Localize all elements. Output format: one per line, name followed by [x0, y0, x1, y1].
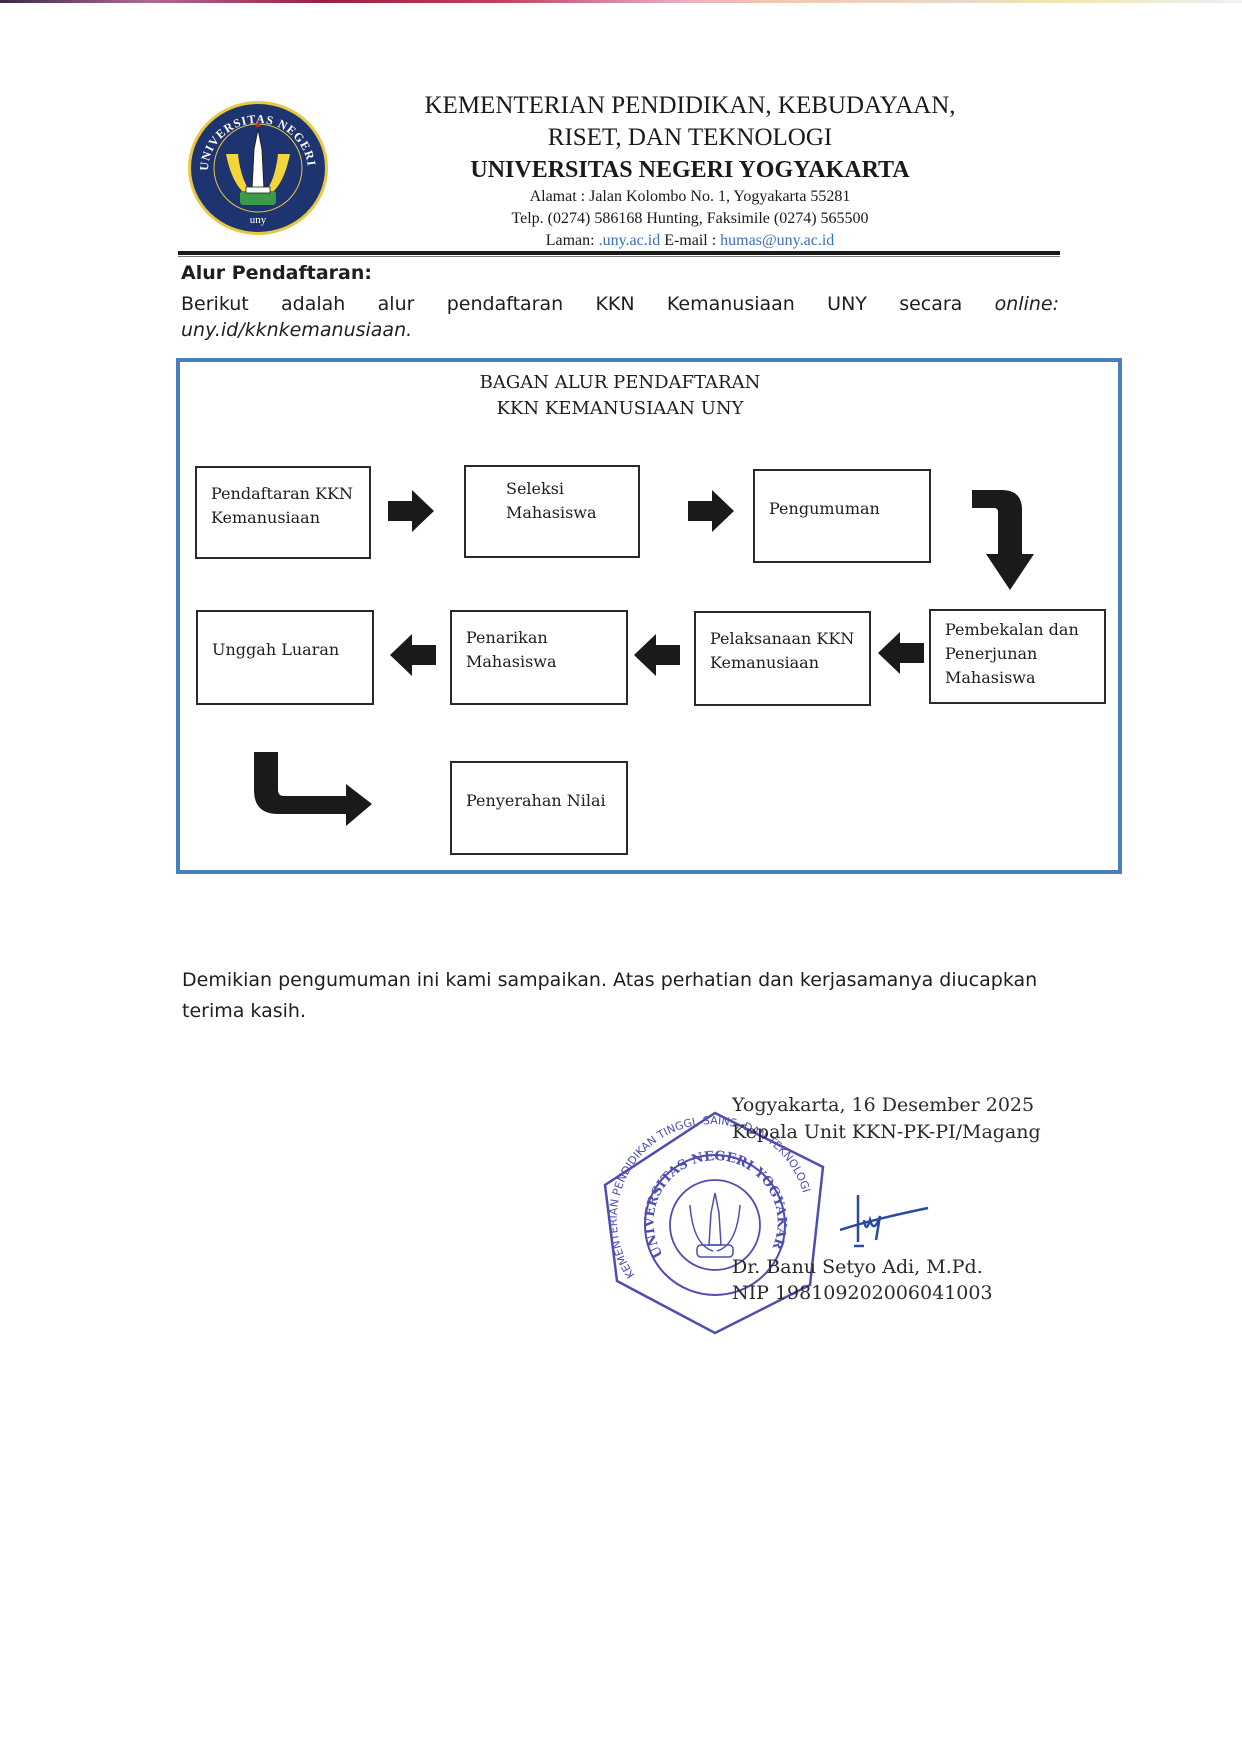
- signatory-name: Dr. Banu Setyo Adi, M.Pd.: [732, 1254, 983, 1281]
- website-label: Laman:: [546, 232, 599, 249]
- flowchart-title: BAGAN ALUR PENDAFTARAN KKN KEMANUSIAAN U…: [400, 370, 840, 422]
- section-title: Alur Pendaftaran:: [181, 262, 372, 284]
- letterhead-divider: [178, 251, 1060, 255]
- step-label: Pembekalan dan: [945, 618, 1090, 642]
- step-label: Kemanusiaan: [710, 651, 855, 675]
- scan-edge-strip: [0, 0, 1242, 3]
- step-pengumuman: Pengumuman: [753, 469, 931, 563]
- ministry-name-line1: KEMENTERIAN PENDIDIKAN, KEBUDAYAAN,: [370, 90, 1010, 122]
- step-label: Mahasiswa: [945, 666, 1090, 690]
- arrow-right-icon: [388, 490, 434, 532]
- signatory-position: Kepala Unit KKN-PK-PI/Magang: [732, 1119, 1041, 1146]
- step-label: Penarikan: [466, 626, 612, 650]
- step-label: Pendaftaran KKN: [211, 482, 355, 506]
- registration-link[interactable]: uny.id/kknkemanusiaan.: [181, 319, 412, 341]
- phone-fax: Telp. (0274) 586168 Hunting, Faksimile (…: [370, 208, 1010, 230]
- flowchart-title-line2: KKN KEMANUSIAAN UNY: [400, 396, 840, 422]
- address: Alamat : Jalan Kolombo No. 1, Yogyakarta…: [370, 186, 1010, 208]
- step-pembekalan-penerjunan: Pembekalan dan Penerjunan Mahasiswa: [929, 609, 1106, 704]
- step-label: Penyerahan Nilai: [466, 789, 612, 813]
- intro-text: Berikut adalah alur pendaftaran KKN Kema…: [181, 290, 1059, 319]
- signatory-nip: NIP 198109202006041003: [732, 1280, 993, 1307]
- letterhead: KEMENTERIAN PENDIDIKAN, KEBUDAYAAN, RISE…: [370, 90, 1010, 252]
- intro-italic: online:: [995, 293, 1059, 315]
- svg-text:uny: uny: [250, 214, 267, 226]
- step-label: Penerjunan: [945, 642, 1090, 666]
- step-label: Seleksi: [506, 477, 624, 501]
- step-seleksi-mahasiswa: Seleksi Mahasiswa: [464, 465, 640, 558]
- ministry-name-line2: RISET, DAN TEKNOLOGI: [370, 122, 1010, 154]
- letterhead-divider-thin: [178, 256, 1060, 257]
- step-unggah-luaran: Unggah Luaran: [196, 610, 374, 705]
- arrow-left-icon: [634, 634, 680, 676]
- closing-text: Demikian pengumuman ini kami sampaikan. …: [182, 965, 1062, 1027]
- place-date: Yogyakarta, 16 Desember 2025: [732, 1092, 1034, 1119]
- flowchart-title-line1: BAGAN ALUR PENDAFTARAN: [400, 370, 840, 396]
- step-penarikan-mahasiswa: Penarikan Mahasiswa: [450, 610, 628, 705]
- step-pendaftaran-kkn: Pendaftaran KKN Kemanusiaan: [195, 466, 371, 559]
- intro-plain: Berikut adalah alur pendaftaran KKN Kema…: [181, 293, 995, 315]
- step-label: Mahasiswa: [506, 501, 624, 525]
- arrow-left-icon: [390, 634, 436, 676]
- step-label: Kemanusiaan: [211, 506, 355, 530]
- step-label: Unggah Luaran: [212, 638, 358, 662]
- arrow-right-icon: [688, 490, 734, 532]
- step-label: Pengumuman: [769, 497, 915, 521]
- website-link[interactable]: .uny.ac.id: [599, 232, 661, 249]
- email-link[interactable]: humas@uny.ac.id: [720, 232, 834, 249]
- university-logo-icon: UNIVERSITAS NEGERI YOGYAKARTA uny: [186, 99, 330, 237]
- step-pelaksanaan-kkn: Pelaksanaan KKN Kemanusiaan: [694, 611, 871, 706]
- arrow-turn-down-icon: [972, 490, 1044, 590]
- contact-line: Laman: .uny.ac.id E-mail : humas@uny.ac.…: [370, 230, 1010, 252]
- arrow-left-icon: [878, 632, 924, 674]
- email-label: E-mail :: [660, 232, 720, 249]
- university-name: UNIVERSITAS NEGERI YOGYAKARTA: [370, 154, 1010, 186]
- step-label: Pelaksanaan KKN: [710, 627, 855, 651]
- step-label: Mahasiswa: [466, 650, 612, 674]
- arrow-turn-right-icon: [254, 752, 372, 826]
- step-penyerahan-nilai: Penyerahan Nilai: [450, 761, 628, 855]
- handwritten-signature-icon: [840, 1190, 930, 1250]
